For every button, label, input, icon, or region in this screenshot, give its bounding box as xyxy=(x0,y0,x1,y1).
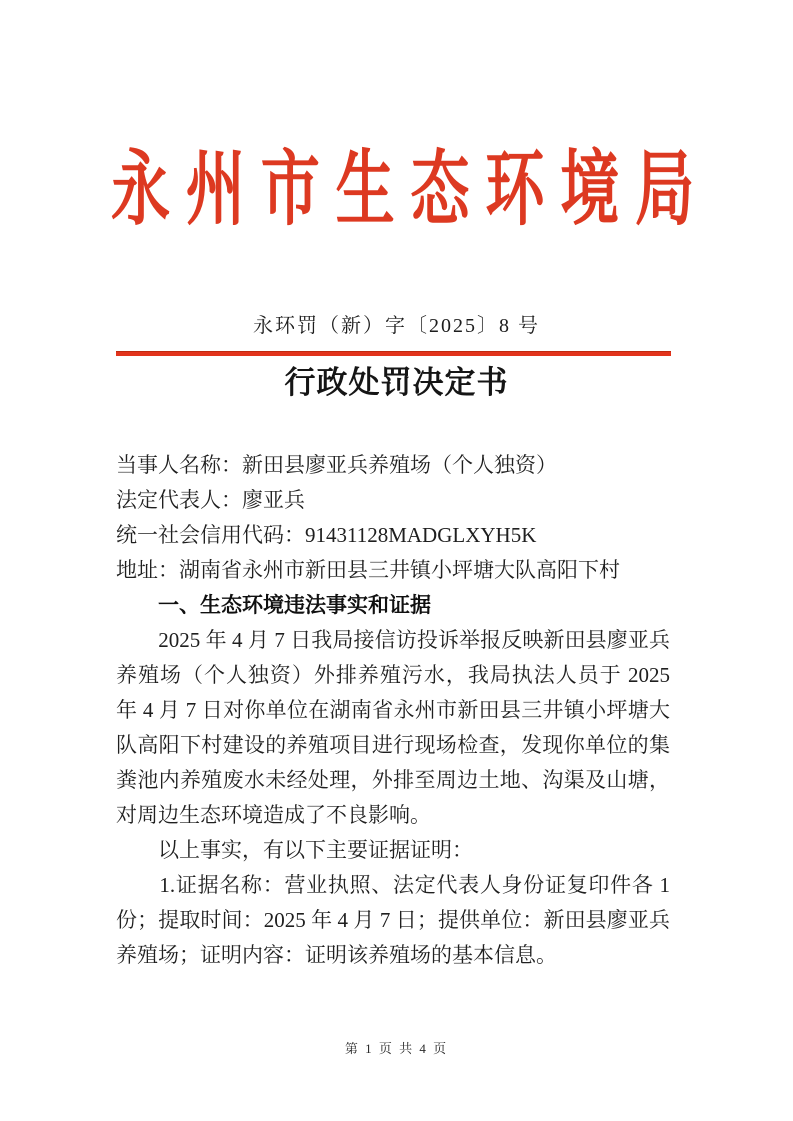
text-line: 份；提取时间：2025 年 4 月 7 日；提供单位：新田县廖亚兵 xyxy=(116,903,670,938)
text-line: 养殖场（个人独资）外排养殖污水，我局执法人员于 2025 xyxy=(116,658,670,693)
document-title: 行政处罚决定书 xyxy=(0,363,793,403)
red-divider-line xyxy=(116,351,671,356)
text-line: 对周边生态环境造成了不良影响。 xyxy=(116,798,670,833)
evidence-intro-paragraph: 以上事实，有以下主要证据证明： xyxy=(116,833,670,868)
text-line: 当事人名称：新田县廖亚兵养殖场（个人独资） xyxy=(116,448,670,483)
agency-letterhead: 永州市生态环境局 xyxy=(111,142,682,236)
document-number: 永环罚（新）字〔2025〕8 号 xyxy=(0,312,793,340)
text-line: 年 4 月 7 日对你单位在湖南省永州市新田县三井镇小坪塘大 xyxy=(116,693,670,728)
text-line: 粪池内养殖废水未经处理，外排至周边土地、沟渠及山塘， xyxy=(116,763,670,798)
text-line: 养殖场；证明内容：证明该养殖场的基本信息。 xyxy=(116,938,670,973)
text-line: 法定代表人：廖亚兵 xyxy=(116,483,670,518)
facts-paragraph: 2025 年 4 月 7 日我局接信访投诉举报反映新田县廖亚兵养殖场（个人独资）… xyxy=(116,623,670,833)
scanned-document-page: 永州市生态环境局 永环罚（新）字〔2025〕8 号 行政处罚决定书 当事人名称：… xyxy=(0,0,793,1121)
party-info-block: 当事人名称：新田县廖亚兵养殖场（个人独资）法定代表人：廖亚兵统一社会信用代码：9… xyxy=(116,448,670,588)
text-line: 队高阳下村建设的养殖项目进行现场检查，发现你单位的集 xyxy=(116,728,670,763)
text-line: 统一社会信用代码：91431128MADGLXYH5K xyxy=(116,518,670,553)
text-line: 2025 年 4 月 7 日我局接信访投诉举报反映新田县廖亚兵 xyxy=(116,623,670,658)
page-footer-pagination: 第 1 页 共 4 页 xyxy=(0,1040,793,1058)
section-heading-facts-and-evidence: 一、生态环境违法事实和证据 xyxy=(116,588,670,623)
text-line: 地址：湖南省永州市新田县三井镇小坪塘大队高阳下村 xyxy=(116,553,670,588)
text-line: 1.证据名称：营业执照、法定代表人身份证复印件各 1 xyxy=(116,868,670,903)
text-line: 以上事实，有以下主要证据证明： xyxy=(116,833,670,868)
evidence-item-1-paragraph: 1.证据名称：营业执照、法定代表人身份证复印件各 1份；提取时间：2025 年 … xyxy=(116,868,670,973)
document-body: 当事人名称：新田县廖亚兵养殖场（个人独资）法定代表人：廖亚兵统一社会信用代码：9… xyxy=(116,448,670,973)
